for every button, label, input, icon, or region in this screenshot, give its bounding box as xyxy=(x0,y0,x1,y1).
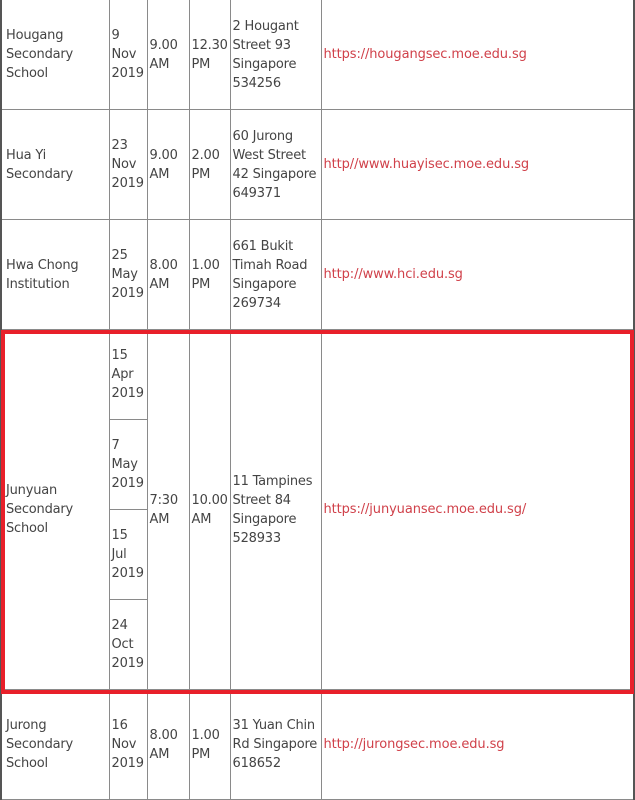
start-time: 7:30 AM xyxy=(147,330,189,690)
school-open-house-table: Hougang Secondary School 9 Nov 2019 9.00… xyxy=(0,0,635,800)
open-house-date: 16 Nov 2019 xyxy=(109,690,147,800)
website-cell: http//www.huayisec.moe.edu.sg xyxy=(321,110,634,220)
open-house-date: 7 May 2019 xyxy=(109,420,147,510)
open-house-date: 15 Jul 2019 xyxy=(109,510,147,600)
school-website-link[interactable]: https://hougangsec.moe.edu.sg xyxy=(324,47,527,62)
start-time: 9.00 AM xyxy=(147,0,189,110)
end-time: 12.30 PM xyxy=(189,0,230,110)
school-address: 661 Bukit Timah Road Singapore 269734 xyxy=(230,220,321,330)
school-name: Jurong Secondary School xyxy=(1,690,109,800)
school-address: 60 Jurong West Street 42 Singapore 64937… xyxy=(230,110,321,220)
school-name: Hwa Chong Institution xyxy=(1,220,109,330)
school-name: Junyuan Secondary School xyxy=(1,330,109,690)
start-time: 8.00 AM xyxy=(147,220,189,330)
table-row: Jurong Secondary School 16 Nov 2019 8.00… xyxy=(1,690,634,800)
open-house-date: 9 Nov 2019 xyxy=(109,0,147,110)
website-cell: http://www.hci.edu.sg xyxy=(321,220,634,330)
table-row-highlighted: Junyuan Secondary School 15 Apr 2019 7:3… xyxy=(1,330,634,420)
start-time: 8.00 AM xyxy=(147,690,189,800)
end-time: 10.00 AM xyxy=(189,330,230,690)
open-house-date: 23 Nov 2019 xyxy=(109,110,147,220)
open-house-date: 25 May 2019 xyxy=(109,220,147,330)
open-house-date: 24 Oct 2019 xyxy=(109,600,147,690)
table-row: Hua Yi Secondary 23 Nov 2019 9.00 AM 2.0… xyxy=(1,110,634,220)
open-house-page: Hougang Secondary School 9 Nov 2019 9.00… xyxy=(0,0,634,800)
open-house-date: 15 Apr 2019 xyxy=(109,330,147,420)
website-cell: https://junyuansec.moe.edu.sg/ xyxy=(321,330,634,690)
school-website-link[interactable]: http://www.hci.edu.sg xyxy=(324,267,463,282)
school-website-link[interactable]: https://junyuansec.moe.edu.sg/ xyxy=(324,502,527,517)
school-website-link[interactable]: http://jurongsec.moe.edu.sg xyxy=(324,737,505,752)
end-time: 1.00 PM xyxy=(189,220,230,330)
school-address: 2 Hougant Street 93 Singapore 534256 xyxy=(230,0,321,110)
school-address: 31 Yuan Chin Rd Singapore 618652 xyxy=(230,690,321,800)
school-address: 11 Tampines Street 84 Singapore 528933 xyxy=(230,330,321,690)
end-time: 2.00 PM xyxy=(189,110,230,220)
website-cell: https://hougangsec.moe.edu.sg xyxy=(321,0,634,110)
end-time: 1.00 PM xyxy=(189,690,230,800)
table-row: Hwa Chong Institution 25 May 2019 8.00 A… xyxy=(1,220,634,330)
table-row: Hougang Secondary School 9 Nov 2019 9.00… xyxy=(1,0,634,110)
website-cell: http://jurongsec.moe.edu.sg xyxy=(321,690,634,800)
school-website-link[interactable]: http//www.huayisec.moe.edu.sg xyxy=(324,157,530,172)
school-name: Hougang Secondary School xyxy=(1,0,109,110)
school-name: Hua Yi Secondary xyxy=(1,110,109,220)
start-time: 9.00 AM xyxy=(147,110,189,220)
